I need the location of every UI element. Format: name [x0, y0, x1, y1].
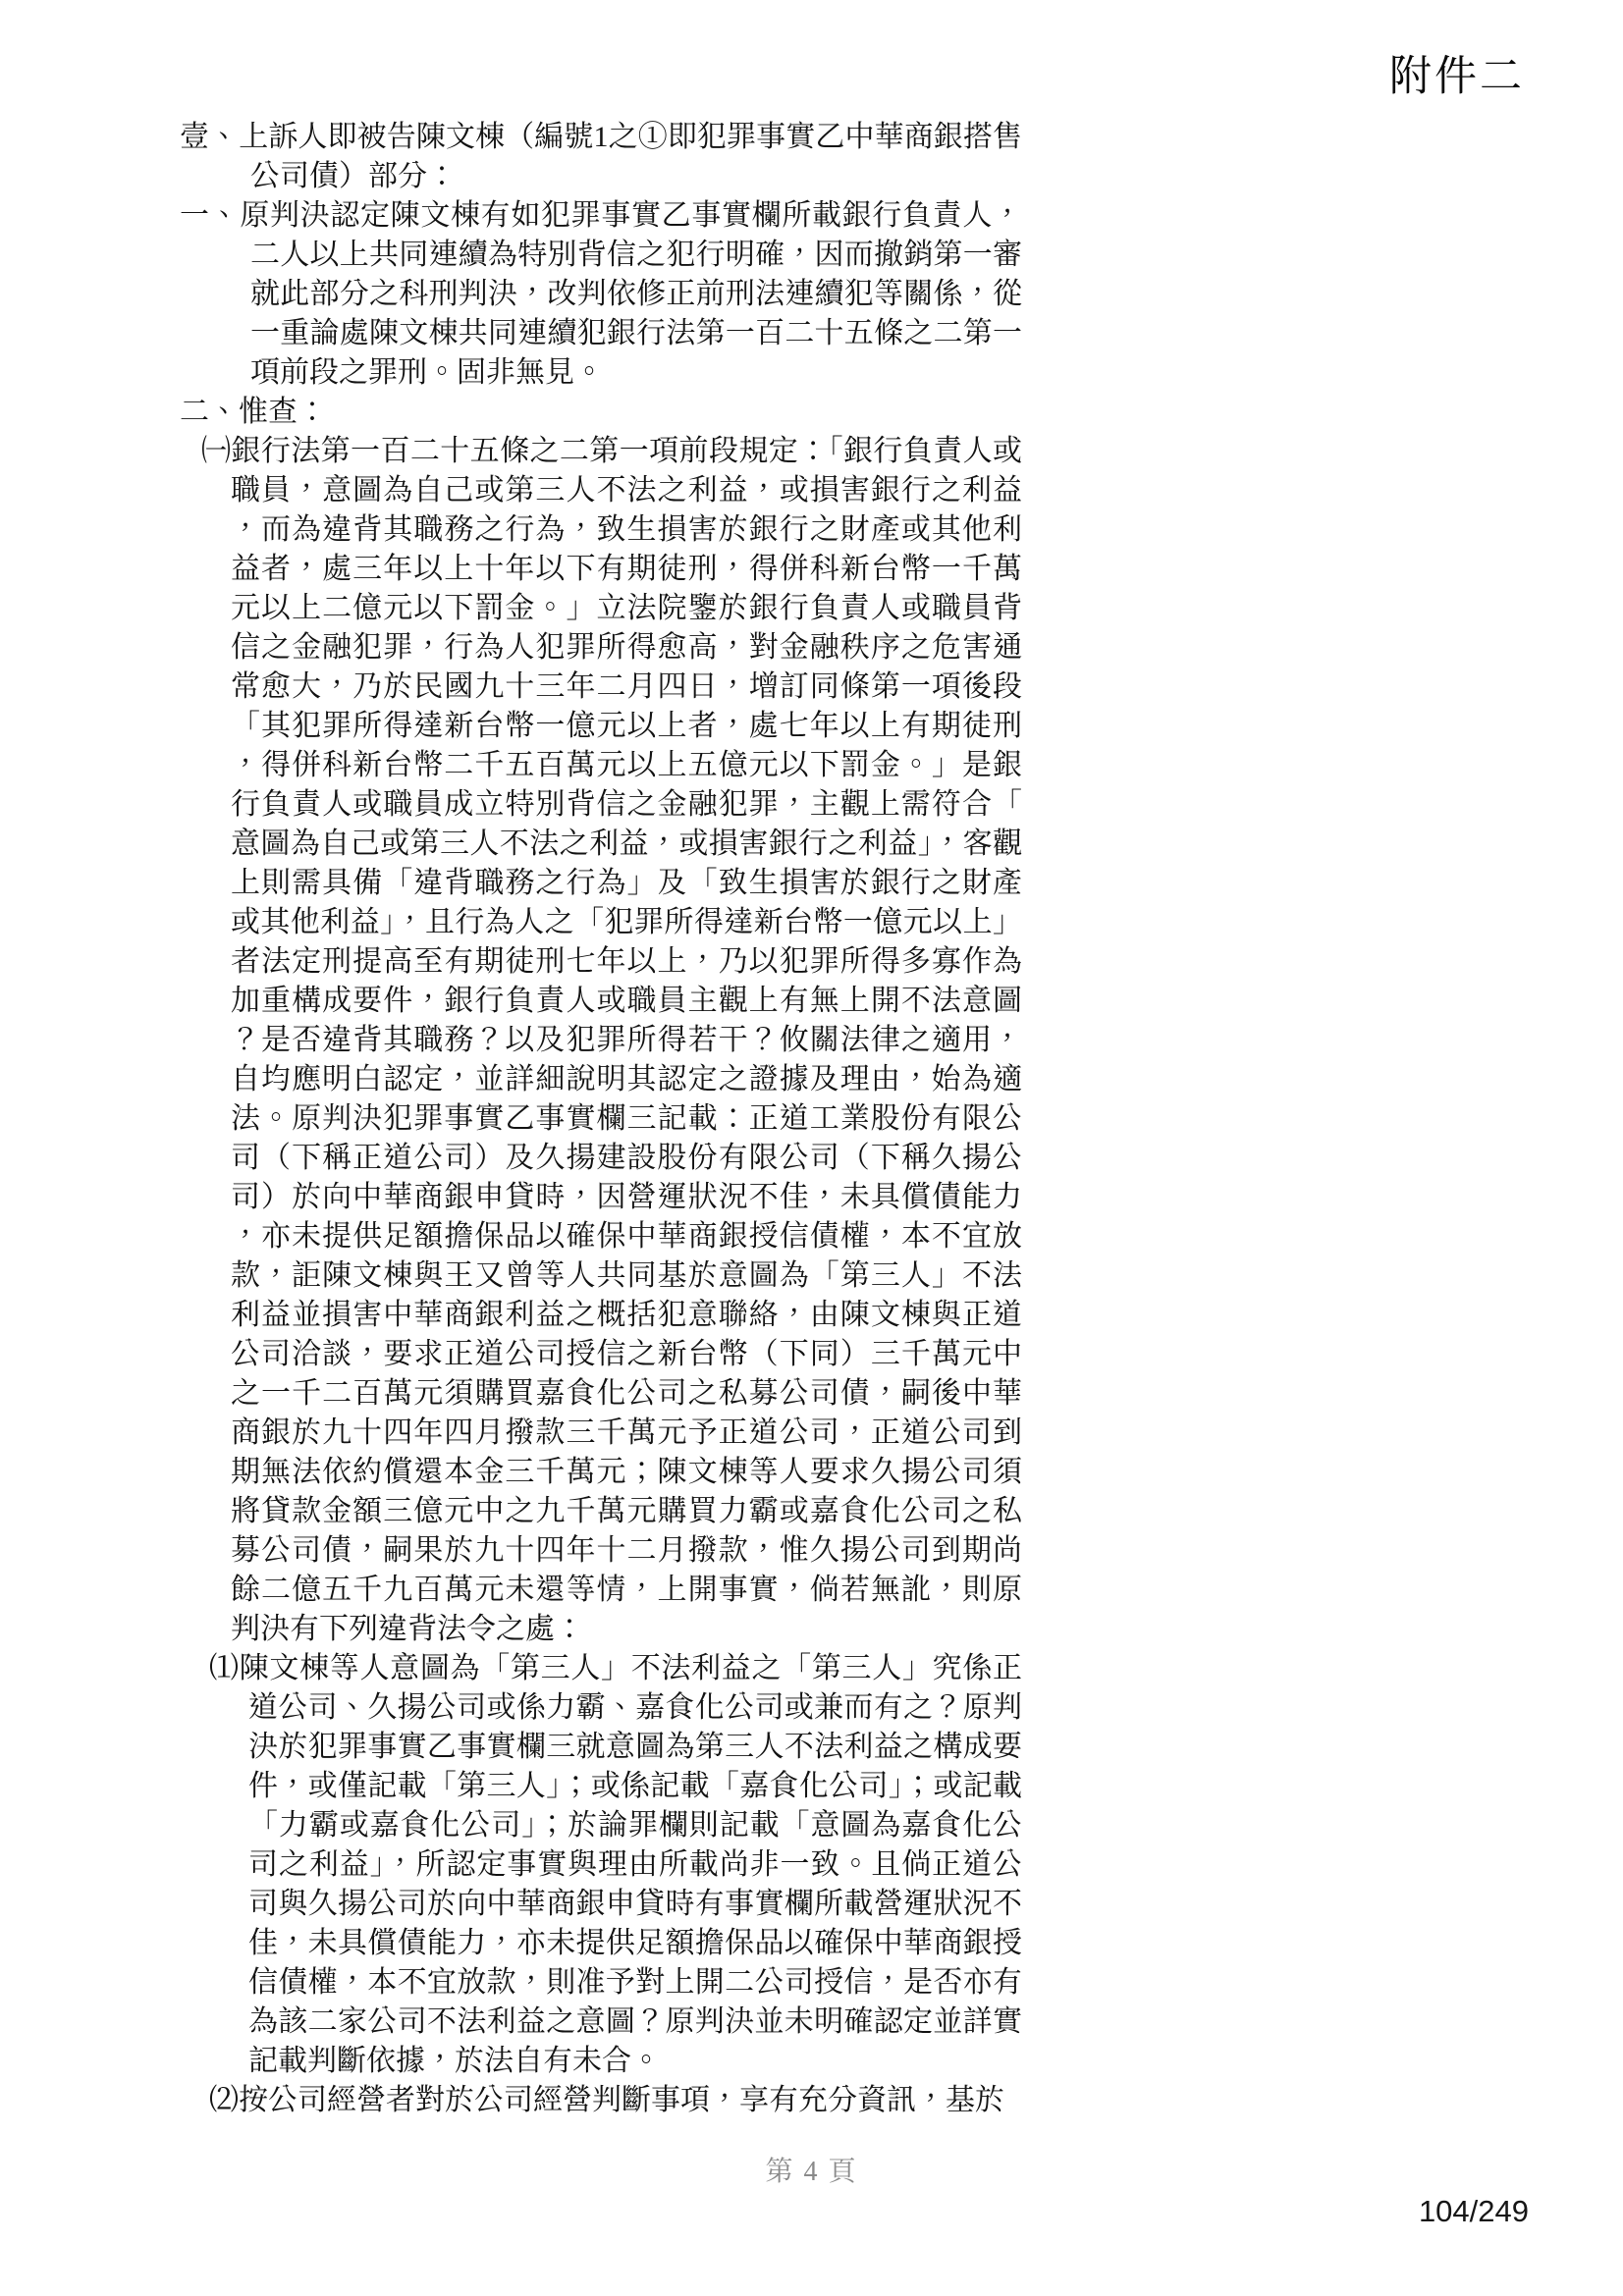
document-body: 壹、上訴人即被告陳文棟（編號1之①即犯罪事實乙中華商銀搭售公司債）部分： 一、原… [180, 118, 1022, 2120]
list-marker: ㈠ [201, 435, 231, 467]
legal-paragraph: ⑴陳文棟等人意圖為「第三人」不法利益之「第三人」究係正道公司、久揚公司或係力霸、… [209, 1649, 1022, 2081]
document-page: 附件二 壹、上訴人即被告陳文棟（編號1之①即犯罪事實乙中華商銀搭售公司債）部分：… [0, 0, 1623, 2296]
legal-paragraph: ㈠銀行法第一百二十五條之二第一項前段規定：「銀行負責人或職員，意圖為自己或第三人… [201, 432, 1022, 1649]
page-counter: 104/249 [1419, 2194, 1529, 2229]
list-marker: ⑵ [209, 2084, 239, 2116]
list-marker: 一、 [180, 199, 240, 232]
legal-paragraph: 一、原判決認定陳文棟有如犯罪事實乙事實欄所載銀行負責人，二人以上共同連續為特別背… [180, 196, 1022, 393]
list-marker: 二、 [180, 396, 239, 428]
legal-paragraph: 二、惟查： [180, 393, 1022, 432]
legal-paragraph: 壹、上訴人即被告陳文棟（編號1之①即犯罪事實乙中華商銀搭售公司債）部分： [180, 118, 1022, 196]
paragraph-text: 惟查： [239, 396, 327, 428]
paragraph-text: 陳文棟等人意圖為「第三人」不法利益之「第三人」究係正道公司、久揚公司或係力霸、嘉… [240, 1652, 1022, 2077]
paragraph-text: 按公司經營者對於公司經營判斷事項，享有充分資訊，基於 [239, 2084, 1004, 2116]
footer-page-label: 第 4 頁 [0, 2150, 1623, 2189]
paragraph-text: 原判決認定陳文棟有如犯罪事實乙事實欄所載銀行負責人，二人以上共同連續為特別背信之… [240, 199, 1022, 389]
paragraph-text: 銀行法第一百二十五條之二第一項前段規定：「銀行負責人或職員，意圖為自己或第三人不… [231, 435, 1022, 1645]
list-marker: ⑴ [209, 1652, 240, 1684]
list-marker: 壹、 [180, 121, 239, 153]
legal-paragraph: ⑵按公司經營者對於公司經營判斷事項，享有充分資訊，基於 [209, 2081, 1022, 2120]
attachment-label: 附件二 [1389, 43, 1525, 103]
paragraph-text: 上訴人即被告陳文棟（編號1之①即犯罪事實乙中華商銀搭售公司債）部分： [239, 121, 1022, 192]
